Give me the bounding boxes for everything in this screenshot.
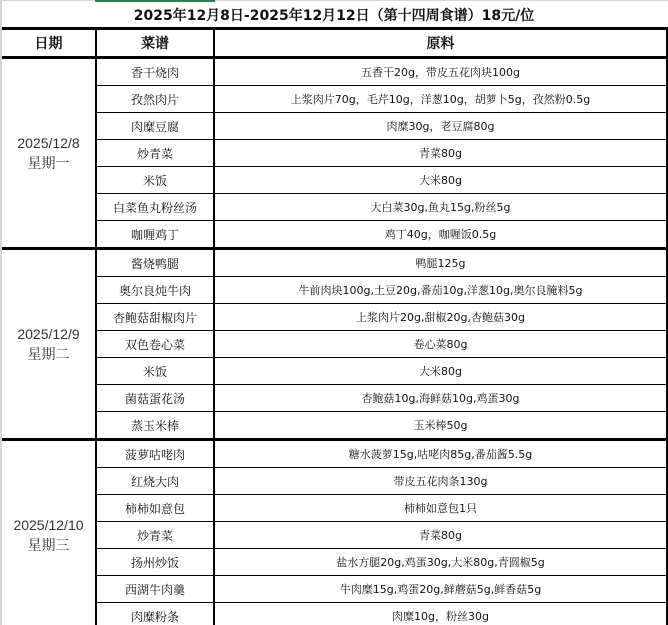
ingredients-cell[interactable]: 卷心菜80g: [214, 331, 667, 358]
table-row: 柿柿如意包 柿柿如意包1只: [2, 495, 667, 522]
table-row: 扬州炒饭 盐水方腿20g,鸡蛋30g,大米80g,青圆椒5g: [2, 549, 667, 576]
ingredients-cell[interactable]: 上浆肉片20g,甜椒20g,杏鲍菇30g: [214, 304, 667, 331]
header-dish[interactable]: 菜谱: [96, 29, 214, 58]
table-row: 蒸玉米棒 玉米棒50g: [2, 412, 667, 440]
ingredients-cell[interactable]: 上浆肉片70g，毛芹10g，洋葱10g，胡萝卜5g，孜然粉0.5g: [214, 86, 667, 113]
dish-cell[interactable]: 炒青菜: [96, 522, 214, 549]
weekday-text: 星期三: [2, 535, 95, 555]
weekday-text: 星期二: [2, 344, 95, 364]
dish-cell[interactable]: 红烧大肉: [96, 468, 214, 495]
dish-cell[interactable]: 酱烧鸭腿: [96, 249, 214, 277]
weekday-text: 星期一: [2, 153, 95, 173]
ingredients-cell[interactable]: 青菜80g: [214, 140, 667, 167]
date-cell[interactable]: 2025/12/10 星期三: [2, 440, 96, 625]
date-text: 2025/12/10: [2, 515, 95, 535]
dish-cell[interactable]: 杏鲍菇甜椒肉片: [96, 304, 214, 331]
date-cell[interactable]: 2025/12/8 星期一: [2, 58, 96, 249]
table-row: 肉糜粉条 肉糜10g，粉丝30g: [2, 603, 667, 625]
menu-table: 日期 菜谱 原料 2025/12/8 星期一 香干烧肉 五香干20g，带皮五花肉…: [2, 27, 668, 625]
table-row: 2025/12/10 星期三 菠萝咕咾肉 糖水菠萝15g,咕咾肉85g,番茄酱5…: [2, 440, 667, 468]
menu-title[interactable]: 2025年12月8日-2025年12月12日（第十四周食谱）18元/位: [2, 2, 666, 27]
ingredients-cell[interactable]: 柿柿如意包1只: [214, 495, 667, 522]
dish-cell[interactable]: 奥尔良炖牛肉: [96, 277, 214, 304]
ingredients-cell[interactable]: 大白菜30g,鱼丸15g,粉丝5g: [214, 194, 667, 221]
dish-cell[interactable]: 肉糜粉条: [96, 603, 214, 625]
ingredients-cell[interactable]: 玉米棒50g: [214, 412, 667, 440]
ingredients-cell[interactable]: 五香干20g，带皮五花肉块100g: [214, 58, 667, 86]
table-row: 炒青菜 青菜80g: [2, 522, 667, 549]
ingredients-cell[interactable]: 大米80g: [214, 358, 667, 385]
table-row: 白菜鱼丸粉丝汤 大白菜30g,鱼丸15g,粉丝5g: [2, 194, 667, 221]
date-cell[interactable]: 2025/12/9 星期二: [2, 249, 96, 440]
ingredients-cell[interactable]: 大米80g: [214, 167, 667, 194]
dish-cell[interactable]: 柿柿如意包: [96, 495, 214, 522]
table-row: 2025/12/8 星期一 香干烧肉 五香干20g，带皮五花肉块100g: [2, 58, 667, 86]
dish-cell[interactable]: 炒青菜: [96, 140, 214, 167]
dish-cell[interactable]: 蒸玉米棒: [96, 412, 214, 440]
table-row: 菌菇蛋花汤 杏鲍菇10g,海鲜菇10g,鸡蛋30g: [2, 385, 667, 412]
ingredients-cell[interactable]: 青菜80g: [214, 522, 667, 549]
dish-cell[interactable]: 肉糜豆腐: [96, 113, 214, 140]
dish-cell[interactable]: 菠萝咕咾肉: [96, 440, 214, 468]
table-row: 红烧大肉 带皮五花肉条130g: [2, 468, 667, 495]
table-row: 咖喱鸡丁 鸡丁40g，咖喱饭0.5g: [2, 221, 667, 249]
ingredients-cell[interactable]: 牛肉糜15g,鸡蛋20g,鲜蘑菇5g,鲜香菇5g: [214, 576, 667, 603]
table-row: 杏鲍菇甜椒肉片 上浆肉片20g,甜椒20g,杏鲍菇30g: [2, 304, 667, 331]
ingredients-cell[interactable]: 盐水方腿20g,鸡蛋30g,大米80g,青圆椒5g: [214, 549, 667, 576]
table-row: 奥尔良炖牛肉 牛前肉块100g,土豆20g,番茄10g,洋葱10g,奥尔良腌料5…: [2, 277, 667, 304]
header-row: 日期 菜谱 原料: [2, 29, 667, 58]
date-text: 2025/12/8: [2, 133, 95, 153]
ingredients-cell[interactable]: 糖水菠萝15g,咕咾肉85g,番茄酱5.5g: [214, 440, 667, 468]
dish-cell[interactable]: 孜然肉片: [96, 86, 214, 113]
table-row: 双色卷心菜 卷心菜80g: [2, 331, 667, 358]
table-row: 2025/12/9 星期二 酱烧鸭腿 鸭腿125g: [2, 249, 667, 277]
dish-cell[interactable]: 咖喱鸡丁: [96, 221, 214, 249]
ingredients-cell[interactable]: 牛前肉块100g,土豆20g,番茄10g,洋葱10g,奥尔良腌料5g: [214, 277, 667, 304]
table-row: 孜然肉片 上浆肉片70g，毛芹10g，洋葱10g，胡萝卜5g，孜然粉0.5g: [2, 86, 667, 113]
table-row: 炒青菜 青菜80g: [2, 140, 667, 167]
ingredients-cell[interactable]: 带皮五花肉条130g: [214, 468, 667, 495]
header-date[interactable]: 日期: [2, 29, 96, 58]
ingredients-cell[interactable]: 肉糜10g，粉丝30g: [214, 603, 667, 625]
dish-cell[interactable]: 香干烧肉: [96, 58, 214, 86]
ingredients-cell[interactable]: 肉糜30g，老豆腐80g: [214, 113, 667, 140]
ingredients-cell[interactable]: 鸭腿125g: [214, 249, 667, 277]
dish-cell[interactable]: 扬州炒饭: [96, 549, 214, 576]
menu-body: 2025/12/8 星期一 香干烧肉 五香干20g，带皮五花肉块100g 孜然肉…: [2, 58, 667, 625]
dish-cell[interactable]: 米饭: [96, 358, 214, 385]
dish-cell[interactable]: 西湖牛肉羹: [96, 576, 214, 603]
ingredients-cell[interactable]: 杏鲍菇10g,海鲜菇10g,鸡蛋30g: [214, 385, 667, 412]
header-ingredients[interactable]: 原料: [214, 29, 667, 58]
table-row: 西湖牛肉羹 牛肉糜15g,鸡蛋20g,鲜蘑菇5g,鲜香菇5g: [2, 576, 667, 603]
ingredients-cell[interactable]: 鸡丁40g，咖喱饭0.5g: [214, 221, 667, 249]
dish-cell[interactable]: 米饭: [96, 167, 214, 194]
dish-cell[interactable]: 双色卷心菜: [96, 331, 214, 358]
date-text: 2025/12/9: [2, 324, 95, 344]
table-row: 肉糜豆腐 肉糜30g，老豆腐80g: [2, 113, 667, 140]
dish-cell[interactable]: 白菜鱼丸粉丝汤: [96, 194, 214, 221]
spreadsheet: 2025年12月8日-2025年12月12日（第十四周食谱）18元/位 日期 菜…: [0, 0, 668, 625]
dish-cell[interactable]: 菌菇蛋花汤: [96, 385, 214, 412]
table-row: 米饭 大米80g: [2, 358, 667, 385]
table-row: 米饭 大米80g: [2, 167, 667, 194]
